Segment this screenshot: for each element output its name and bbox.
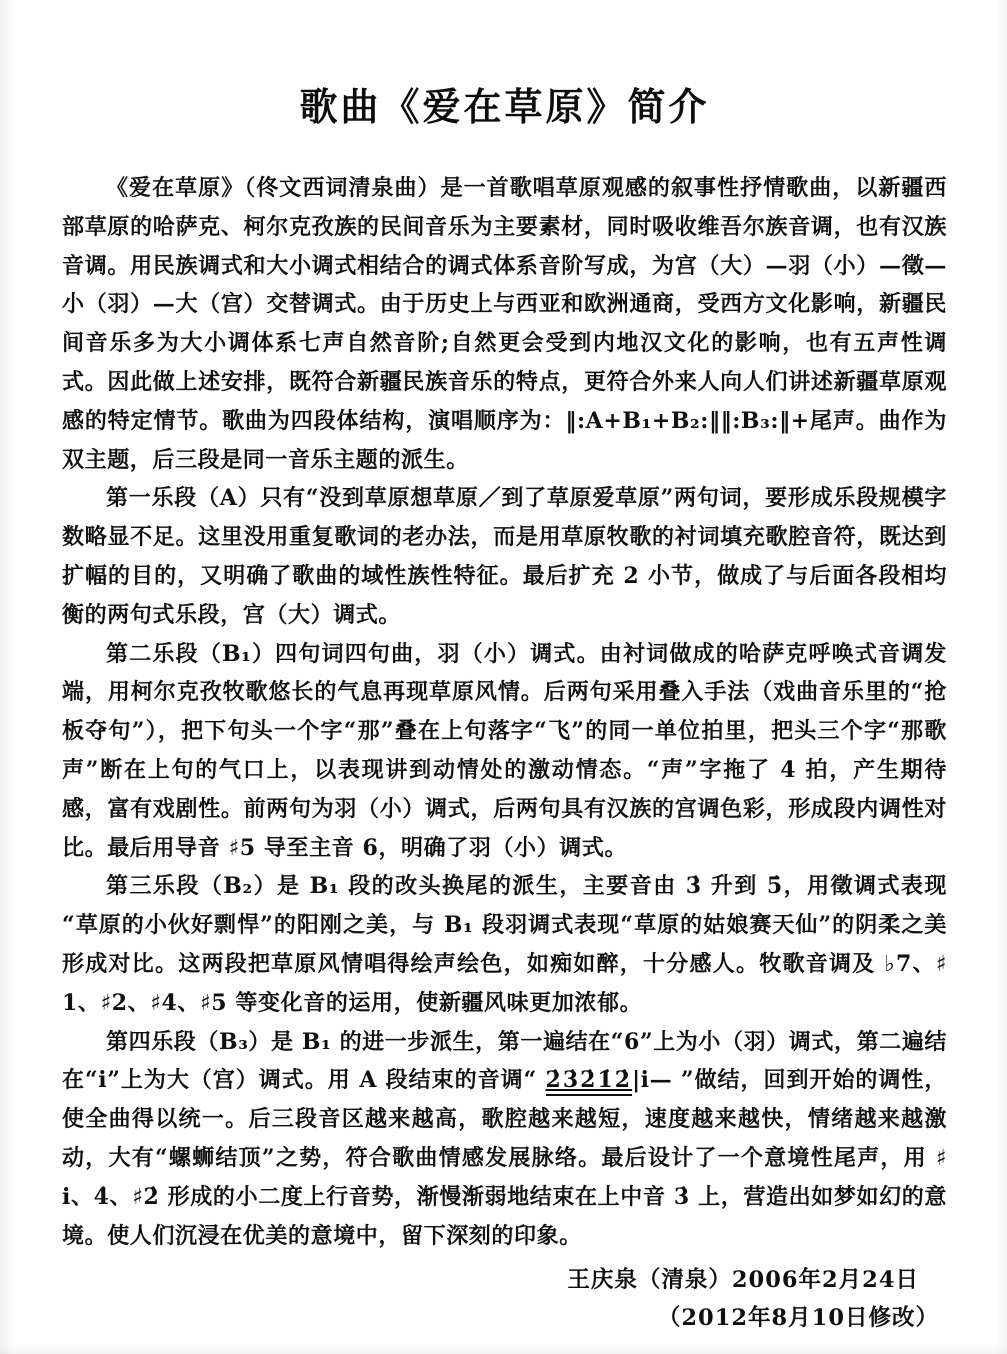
section-b2-paragraph: 第三乐段（B₂）是 B₁ 段的改头换尾的派生，主要音由 3̇ 升到 5̇，用徵调… [62, 867, 947, 1022]
document-page: 歌曲《爱在草原》简介 《爱在草原》（佟文西词清泉曲）是一首歌唱草原观感的叙事性抒… [0, 0, 1007, 1354]
section-a-paragraph: 第一乐段（A）只有“没到草原想草原／到了草原爱草原”两句词，要形成乐段规模字数略… [62, 479, 947, 634]
section-b3-paragraph: 第四乐段（B₃）是 B₁ 的进一步派生，第一遍结在“6”上为小（羽）调式，第二遍… [62, 1023, 947, 1256]
jianpu-notation: 2̇3̇2̇1̇2̇ [546, 1067, 633, 1096]
section-b3-text-after-notation: |i— ”做结，回到开始的调性，使全曲得以统一。后三段音区越来越高，歌腔越来越短… [62, 1067, 947, 1248]
intro-paragraph: 《爱在草原》（佟文西词清泉曲）是一首歌唱草原观感的叙事性抒情歌曲，以新疆西部草原… [62, 169, 947, 479]
revision-date: （2012年8月10日修改） [62, 1299, 947, 1337]
document-body: 《爱在草原》（佟文西词清泉曲）是一首歌唱草原观感的叙事性抒情歌曲，以新疆西部草原… [62, 169, 947, 1255]
page-title: 歌曲《爱在草原》简介 [62, 76, 947, 131]
signature-block: 王庆泉（清泉）2006年2月24日 （2012年8月10日修改） [62, 1261, 947, 1337]
author-and-date: 王庆泉（清泉）2006年2月24日 [62, 1261, 947, 1299]
section-b1-paragraph: 第二乐段（B₁）四句词四句曲，羽（小）调式。由衬词做成的哈萨克呼唤式音调发端，用… [62, 635, 947, 868]
